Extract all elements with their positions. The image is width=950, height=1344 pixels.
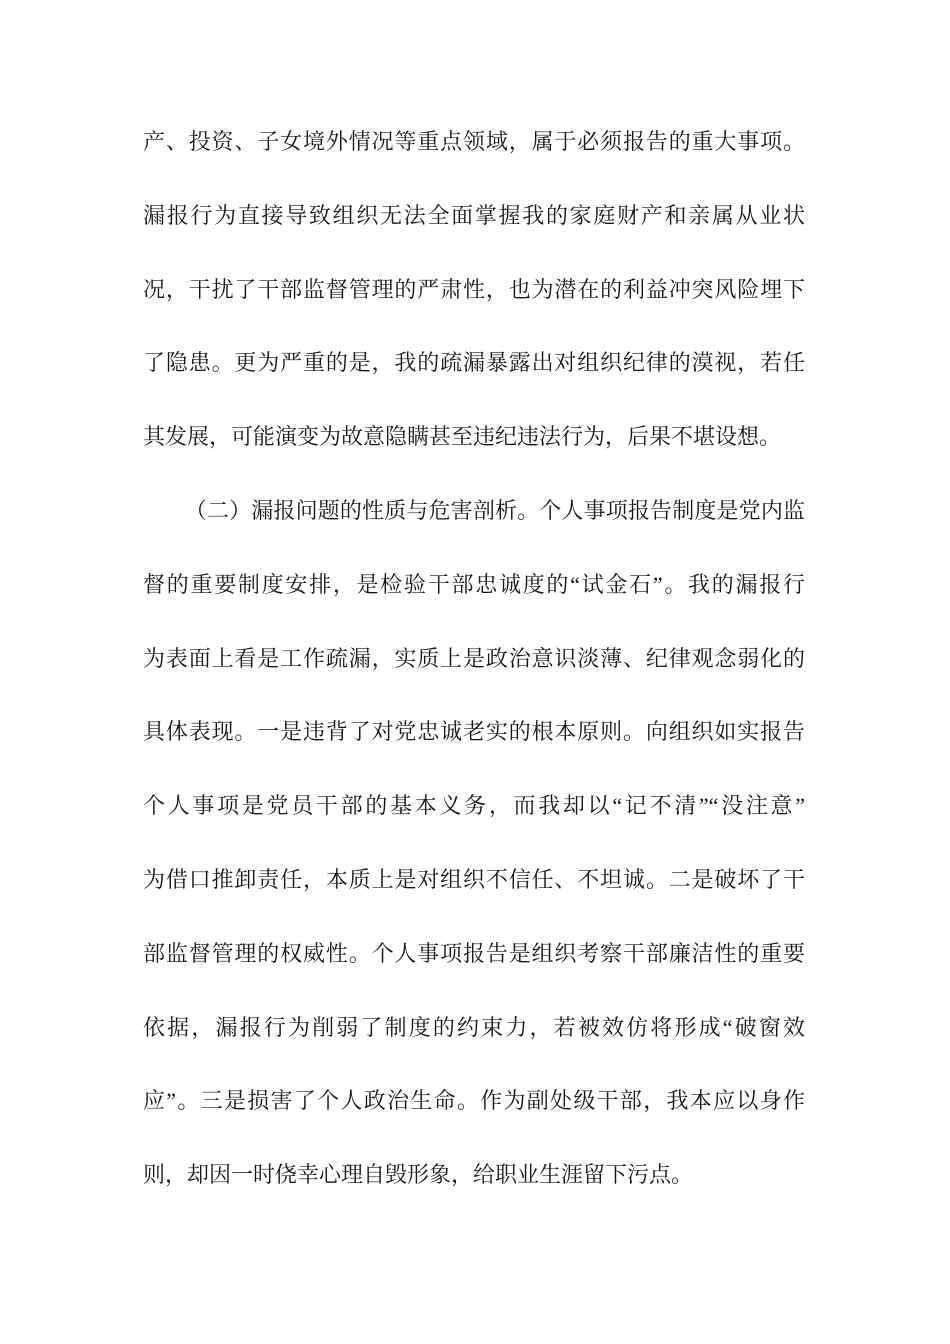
text-line: 为表面上看是工作疏漏，实质上是政治意识淡薄、纪律观念弱化的 (143, 622, 805, 696)
document-body-text: 产、投资、子女境外情况等重点领域，属于必须报告的重大事项。漏报行为直接导致组织无… (143, 105, 805, 1212)
text-line: 部监督管理的权威性。个人事项报告是组织考察干部廉洁性的重要 (143, 917, 805, 991)
text-line: 具体表现。一是违背了对党忠诚老实的根本原则。向组织如实报告 (143, 695, 805, 769)
text-line: 漏报行为直接导致组织无法全面掌握我的家庭财产和亲属从业状 (143, 179, 805, 253)
text-line: 则，却因一时侥幸心理自毁形象，给职业生涯留下污点。 (143, 1138, 805, 1212)
text-line: 督的重要制度安排，是检验干部忠诚度的“试金石”。我的漏报行 (143, 548, 805, 622)
text-line: 应”。三是损害了个人政治生命。作为副处级干部，我本应以身作 (143, 1064, 805, 1138)
text-line: 了隐患。更为严重的是，我的疏漏暴露出对组织纪律的漠视，若任 (143, 326, 805, 400)
text-line: 其发展，可能演变为故意隐瞒甚至违纪违法行为，后果不堪设想。 (143, 400, 805, 474)
text-line: （二）漏报问题的性质与危害剖析。个人事项报告制度是党内监 (143, 474, 805, 548)
text-line: 产、投资、子女境外情况等重点领域，属于必须报告的重大事项。 (143, 105, 805, 179)
text-line: 个人事项是党员干部的基本义务，而我却以“记不清”“没注意” (143, 769, 805, 843)
document-page: 产、投资、子女境外情况等重点领域，属于必须报告的重大事项。漏报行为直接导致组织无… (0, 0, 950, 1344)
text-line: 依据，漏报行为削弱了制度的约束力，若被效仿将形成“破窗效 (143, 991, 805, 1065)
text-line: 况，干扰了干部监督管理的严肃性，也为潜在的利益冲突风险埋下 (143, 253, 805, 327)
text-line: 为借口推卸责任，本质上是对组织不信任、不坦诚。二是破坏了干 (143, 843, 805, 917)
